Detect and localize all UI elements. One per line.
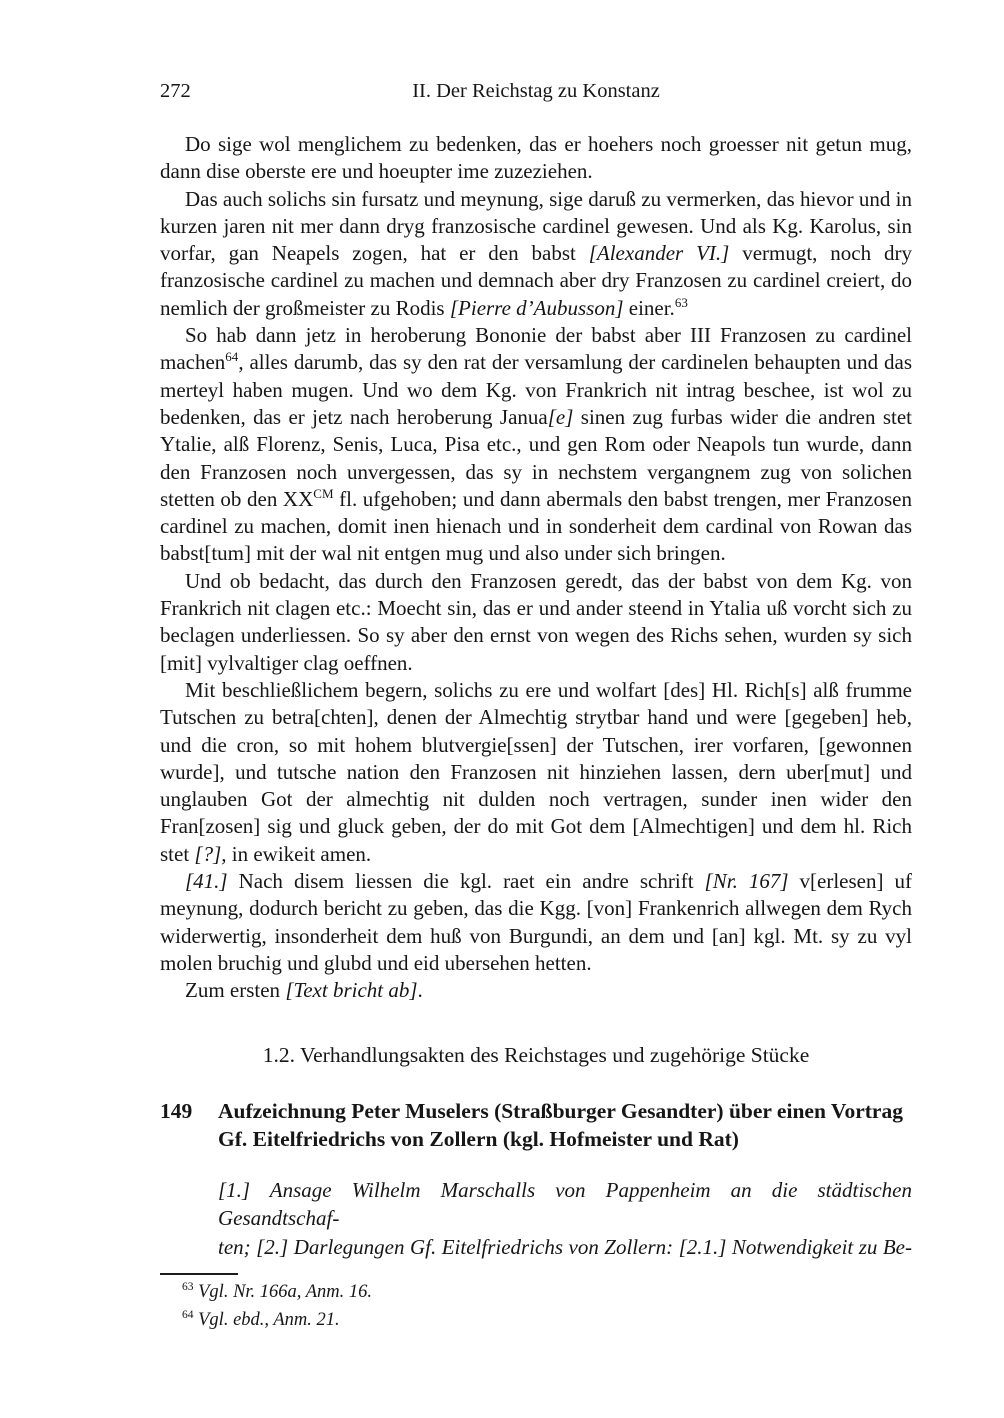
book-page: 272 II. Der Reichstag zu Konstanz Do sig… <box>0 0 1004 1418</box>
footnote: 63 Vgl. Nr. 166a, Anm. 16. <box>160 1279 912 1307</box>
footnote-list: 63 Vgl. Nr. 166a, Anm. 16.64 Vgl. ebd., … <box>160 1279 912 1334</box>
paragraph: Und ob bedacht, das durch den Franzosen … <box>160 568 912 677</box>
footnote: 64 Vgl. ebd., Anm. 21. <box>160 1307 912 1335</box>
running-title: II. Der Reichstag zu Konstanz <box>160 78 912 105</box>
footnote-text: Vgl. Nr. 166a, Anm. 16. <box>198 1282 372 1302</box>
paragraph: Mit beschließlichem begern, solichs zu e… <box>160 677 912 868</box>
entry-number: 149 <box>160 1097 218 1126</box>
paragraph: [41.] Nach disem liessen die kgl. raet e… <box>160 868 912 977</box>
main-text: Do sige wol menglichem zu bedenken, das … <box>160 131 912 1005</box>
paragraph: So hab dann jetz in heroberung Bononie d… <box>160 322 912 568</box>
footnotes: 63 Vgl. Nr. 166a, Anm. 16.64 Vgl. ebd., … <box>160 1273 912 1334</box>
page-number: 272 <box>160 78 191 105</box>
section-heading: 1.2. Verhandlungsakten des Reichstages u… <box>160 1041 912 1069</box>
footnote-text: Vgl. ebd., Anm. 21. <box>198 1310 339 1330</box>
entry-summary: [1.] Ansage Wilhelm Marschalls von Pappe… <box>218 1176 912 1262</box>
paragraph: Do sige wol menglichem zu bedenken, das … <box>160 131 912 186</box>
footnote-marker: 64 <box>182 1309 194 1321</box>
paragraph: Das auch solichs sin fursatz und meynung… <box>160 186 912 322</box>
entry-summary-line: ten; [2.] Darlegungen Gf. Eitelfriedrich… <box>218 1233 912 1262</box>
entry-body: Aufzeichnung Peter Muselers (Straßburger… <box>218 1097 912 1262</box>
page-header: 272 II. Der Reichstag zu Konstanz <box>160 78 912 105</box>
footnote-marker: 63 <box>182 1281 194 1293</box>
paragraph: Zum ersten [Text bricht ab]. <box>160 977 912 1004</box>
entry-summary-line: [1.] Ansage Wilhelm Marschalls von Pappe… <box>218 1176 912 1233</box>
entry-149: 149 Aufzeichnung Peter Muselers (Straßbu… <box>160 1097 912 1262</box>
entry-title: Aufzeichnung Peter Muselers (Straßburger… <box>218 1097 912 1154</box>
footnote-separator <box>160 1273 238 1275</box>
